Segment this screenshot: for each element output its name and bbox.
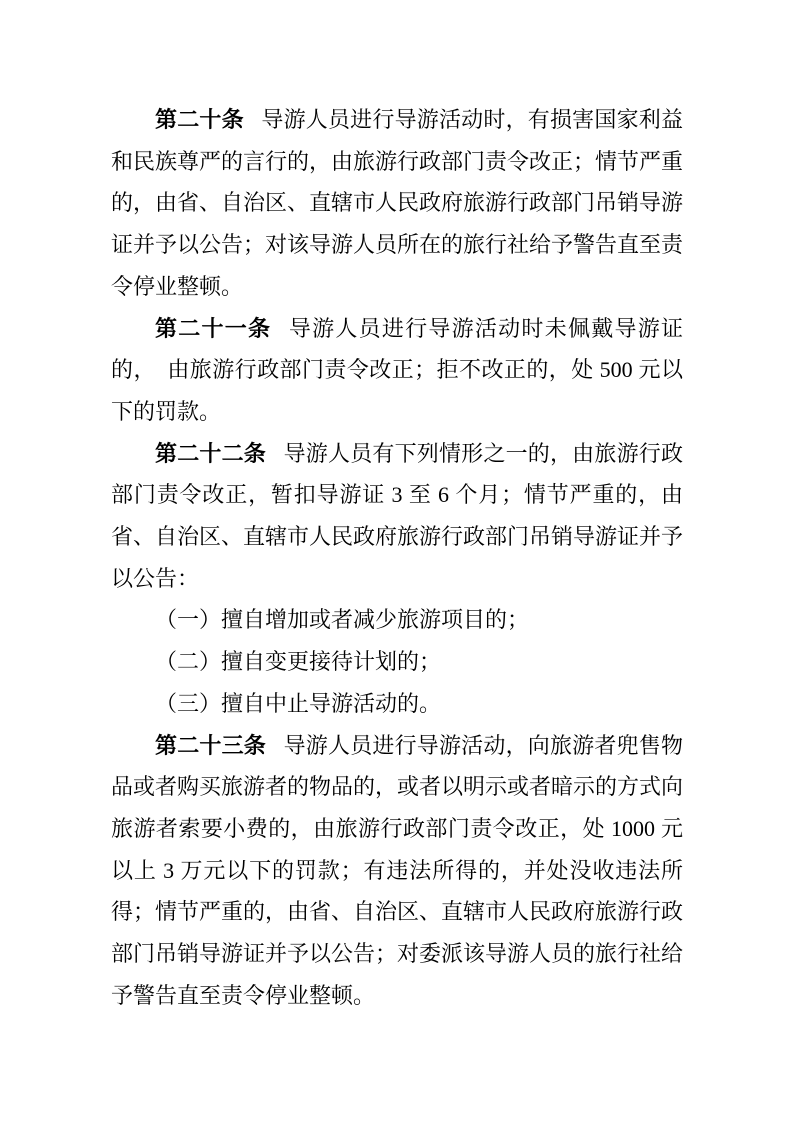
article-22-paragraph: 第二十二条导游人员有下列情形之一的，由旅游行政部门责令改正，暂扣导游证 3 至 … — [111, 433, 683, 600]
article-22-list-item-2: （二）擅自变更接待计划的； — [111, 641, 683, 683]
article-22-list-item-3: （三）擅自中止导游活动的。 — [111, 683, 683, 725]
article-21-paragraph: 第二十一条导游人员进行导游活动时未佩戴导游证的， 由旅游行政部门责令改正；拒不改… — [111, 308, 683, 433]
document-page: 第二十条导游人员进行导游活动时，有损害国家利益和民族尊严的言行的，由旅游行政部门… — [0, 0, 793, 1122]
article-22-list-item-1: （一）擅自增加或者减少旅游项目的； — [111, 599, 683, 641]
article-20-text: 导游人员进行导游活动时，有损害国家利益和民族尊严的言行的，由旅游行政部门责令改正… — [111, 107, 683, 299]
article-23-text: 导游人员进行导游活动，向旅游者兜售物品或者购买旅游者的物品的，或者以明示或者暗示… — [111, 733, 683, 1008]
article-20-paragraph: 第二十条导游人员进行导游活动时，有损害国家利益和民族尊严的言行的，由旅游行政部门… — [111, 99, 683, 308]
document-body: 第二十条导游人员进行导游活动时，有损害国家利益和民族尊严的言行的，由旅游行政部门… — [111, 99, 683, 1016]
article-21-number: 第二十一条 — [155, 316, 271, 341]
article-22-number: 第二十二条 — [155, 441, 266, 466]
article-23-number: 第二十三条 — [155, 733, 266, 758]
article-23-paragraph: 第二十三条导游人员进行导游活动，向旅游者兜售物品或者购买旅游者的物品的，或者以明… — [111, 725, 683, 1017]
article-20-number: 第二十条 — [155, 107, 244, 132]
